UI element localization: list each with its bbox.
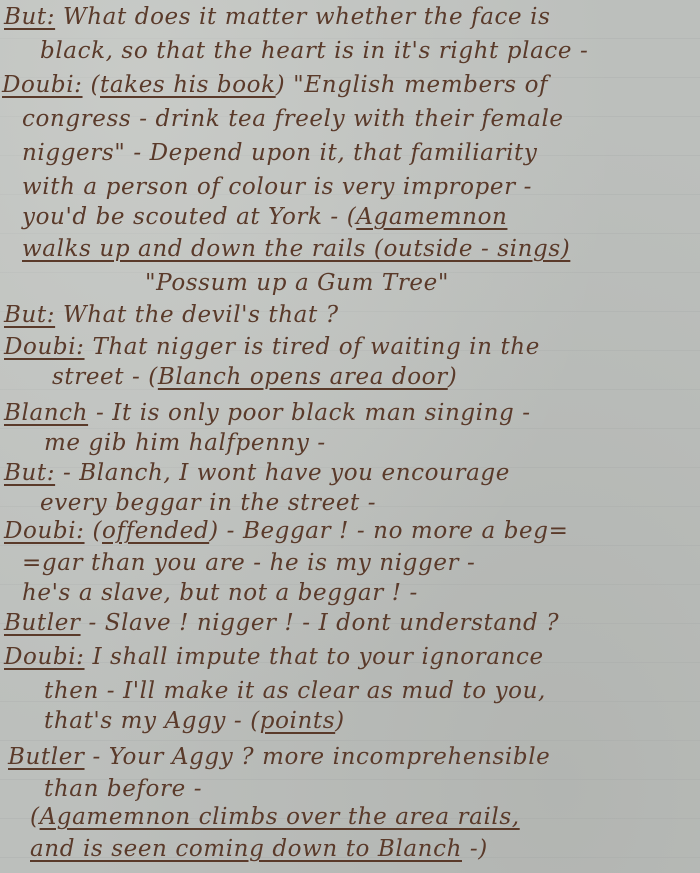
dialogue-text: -) bbox=[462, 836, 488, 862]
stage-direction: offended bbox=[102, 518, 209, 544]
dialogue-text: with a person of colour is very improper… bbox=[22, 174, 532, 200]
dialogue-text: - Slave ! nigger ! - I dont understand ? bbox=[81, 610, 560, 636]
dialogue-text: street - ( bbox=[52, 364, 158, 390]
manuscript-line: But: What does it matter whether the fac… bbox=[4, 6, 551, 29]
manuscript-line: and is seen coming down to Blanch -) bbox=[30, 838, 488, 861]
speaker-name: But: bbox=[4, 460, 55, 486]
manuscript-line: But: - Blanch, I wont have you encourage bbox=[4, 462, 510, 485]
speaker-name: Doubi: bbox=[4, 518, 85, 544]
dialogue-text: ( bbox=[83, 72, 100, 98]
dialogue-text: What does it matter whether the face is bbox=[55, 4, 550, 30]
speaker-name: But: bbox=[4, 302, 55, 328]
manuscript-page: But: What does it matter whether the fac… bbox=[0, 0, 700, 873]
dialogue-text: "Possum up a Gum Tree" bbox=[145, 270, 449, 296]
speaker-name: Blanch bbox=[4, 400, 88, 426]
dialogue-text: he's a slave, but not a beggar ! - bbox=[22, 580, 418, 606]
manuscript-line: me gib him halfpenny - bbox=[44, 432, 326, 455]
dialogue-text: than before - bbox=[44, 776, 202, 802]
dialogue-text: then - I'll make it as clear as mud to y… bbox=[44, 678, 546, 704]
song-title: "Possum up a Gum Tree" bbox=[145, 272, 449, 295]
manuscript-line: Butler - Slave ! nigger ! - I dont under… bbox=[4, 612, 559, 635]
dialogue-text: black, so that the heart is in it's righ… bbox=[40, 38, 588, 64]
dialogue-text: That nigger is tired of waiting in the bbox=[85, 334, 540, 360]
stage-direction: walks up and down the rails (outside - s… bbox=[22, 236, 570, 262]
stage-direction: Agamemnon bbox=[356, 204, 507, 230]
dialogue-text: ( bbox=[85, 518, 102, 544]
stage-direction: points bbox=[260, 708, 335, 734]
manuscript-line: he's a slave, but not a beggar ! - bbox=[22, 582, 418, 605]
manuscript-line: you'd be scouted at York - (Agamemnon bbox=[22, 206, 507, 229]
manuscript-line: Doubi: I shall impute that to your ignor… bbox=[4, 646, 544, 669]
dialogue-text: niggers" - Depend upon it, that familiar… bbox=[22, 140, 537, 166]
speaker-name: Doubi: bbox=[4, 334, 85, 360]
manuscript-line: (Agamemnon climbs over the area rails, bbox=[30, 806, 520, 829]
stage-direction: and is seen coming down to Blanch bbox=[30, 836, 462, 862]
manuscript-line: Butler - Your Aggy ? more incomprehensib… bbox=[8, 746, 550, 769]
manuscript-line: Doubi: (offended) - Beggar ! - no more a… bbox=[4, 520, 568, 543]
manuscript-line: Doubi: (takes his book) "English members… bbox=[2, 74, 548, 97]
dialogue-text: ( bbox=[30, 804, 40, 830]
manuscript-line: every beggar in the street - bbox=[40, 492, 376, 515]
manuscript-line: then - I'll make it as clear as mud to y… bbox=[44, 680, 546, 703]
dialogue-text: ) - Beggar ! - no more a beg= bbox=[209, 518, 568, 544]
dialogue-text: ) "English members of bbox=[276, 72, 548, 98]
dialogue-text: - It is only poor black man singing - bbox=[88, 400, 531, 426]
manuscript-line: than before - bbox=[44, 778, 202, 801]
manuscript-line: congress - drink tea freely with their f… bbox=[22, 108, 564, 131]
dialogue-text: me gib him halfpenny - bbox=[44, 430, 326, 456]
speaker-name: Butler bbox=[4, 610, 81, 636]
dialogue-text: I shall impute that to your ignorance bbox=[85, 644, 544, 670]
speaker-name: Butler bbox=[8, 744, 85, 770]
manuscript-line: Doubi: That nigger is tired of waiting i… bbox=[4, 336, 540, 359]
stage-direction: Agamemnon climbs over the area rails, bbox=[40, 804, 520, 830]
manuscript-line: Blanch - It is only poor black man singi… bbox=[4, 402, 531, 425]
stage-direction: Blanch opens area door bbox=[158, 364, 448, 390]
dialogue-text: you'd be scouted at York - ( bbox=[22, 204, 356, 230]
manuscript-line: that's my Aggy - (points) bbox=[44, 710, 345, 733]
dialogue-text: - Your Aggy ? more incomprehensible bbox=[85, 744, 551, 770]
dialogue-text: - Blanch, I wont have you encourage bbox=[55, 460, 510, 486]
dialogue-text: =gar than you are - he is my nigger - bbox=[22, 550, 475, 576]
manuscript-line: But: What the devil's that ? bbox=[4, 304, 339, 327]
speaker-name: But: bbox=[4, 4, 55, 30]
dialogue-text: that's my Aggy - ( bbox=[44, 708, 260, 734]
dialogue-text: ) bbox=[448, 364, 458, 390]
dialogue-text: ) bbox=[335, 708, 345, 734]
stage-direction: takes his book bbox=[100, 72, 276, 98]
dialogue-text: congress - drink tea freely with their f… bbox=[22, 106, 564, 132]
manuscript-line: with a person of colour is very improper… bbox=[22, 176, 532, 199]
manuscript-line: =gar than you are - he is my nigger - bbox=[22, 552, 475, 575]
speaker-name: Doubi: bbox=[4, 644, 85, 670]
manuscript-line: niggers" - Depend upon it, that familiar… bbox=[22, 142, 537, 165]
speaker-name: Doubi: bbox=[2, 72, 83, 98]
manuscript-line: street - (Blanch opens area door) bbox=[52, 366, 457, 389]
manuscript-line: black, so that the heart is in it's righ… bbox=[40, 40, 588, 63]
dialogue-text: What the devil's that ? bbox=[55, 302, 339, 328]
manuscript-line: walks up and down the rails (outside - s… bbox=[22, 238, 570, 261]
dialogue-text: every beggar in the street - bbox=[40, 490, 376, 516]
